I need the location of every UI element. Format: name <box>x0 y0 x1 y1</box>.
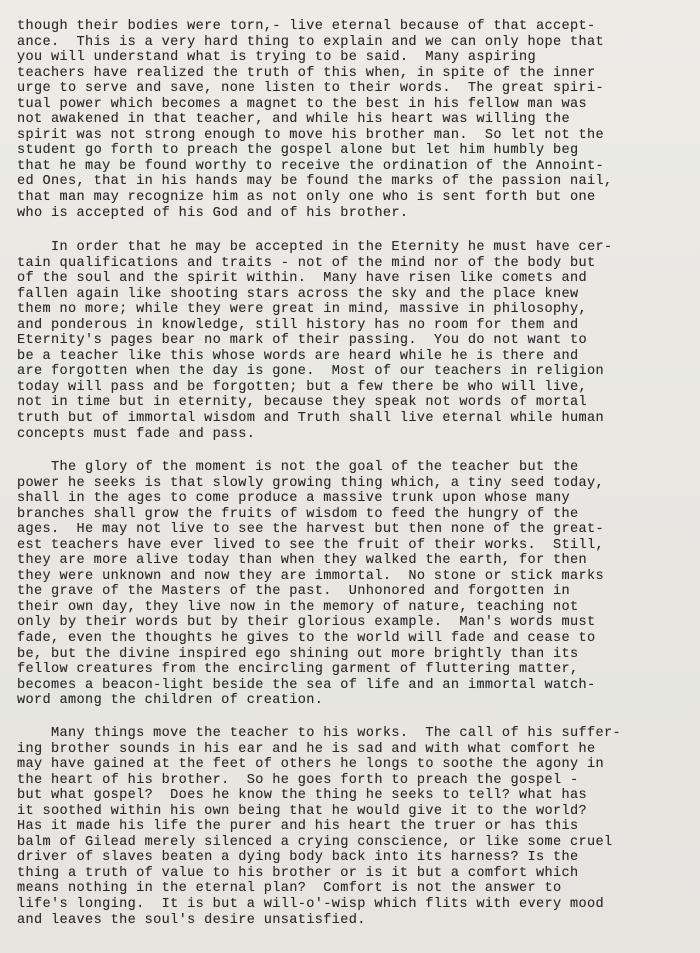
text-line: you will understand what is trying to be… <box>17 50 697 66</box>
text-line: balm of Gilead merely silenced a crying … <box>17 835 697 851</box>
text-line: student go forth to preach the gospel al… <box>17 143 697 159</box>
text-line: means nothing in the eternal plan? Comfo… <box>17 881 697 897</box>
text-line: may have gained at the feet of others he… <box>17 757 697 773</box>
text-line: and leaves the soul's desire unsatisfied… <box>17 913 697 929</box>
paragraph-2: In order that he may be accepted in the … <box>17 240 697 442</box>
text-line: thing a truth of value to his brother or… <box>17 866 697 882</box>
text-line: urge to serve and save, none listen to t… <box>17 81 697 97</box>
text-line: their own day, they live now in the memo… <box>17 600 697 616</box>
text-line: not in time but in eternity, because the… <box>17 395 697 411</box>
text-line: fellow creatures from the encircling gar… <box>17 662 697 678</box>
text-line: fallen again like shooting stars across … <box>17 287 697 303</box>
text-line: Eternity's pages bear no mark of their p… <box>17 333 697 349</box>
text-line: them no more; while they were great in m… <box>17 302 697 318</box>
text-line: In order that he may be accepted in the … <box>17 240 697 256</box>
text-line: that man may recognize him as not only o… <box>17 190 697 206</box>
text-line: becomes a beacon-light beside the sea of… <box>17 678 697 694</box>
text-line: the heart of his brother. So he goes for… <box>17 773 697 789</box>
text-line: they are more alive today than when they… <box>17 553 697 569</box>
text-line: power he seeks is that slowly growing th… <box>17 476 697 492</box>
text-line: that he may be found worthy to receive t… <box>17 159 697 175</box>
text-line: be a teacher like this whose words are h… <box>17 349 697 365</box>
text-line: though their bodies were torn,- live ete… <box>17 19 697 35</box>
text-line: teachers have realized the truth of this… <box>17 66 697 82</box>
text-line: ance. This is a very hard thing to expla… <box>17 35 697 51</box>
text-line: are forgotten when the day is gone. Most… <box>17 364 697 380</box>
text-line: est teachers have ever lived to see the … <box>17 538 697 554</box>
text-line: ages. He may not live to see the harvest… <box>17 522 697 538</box>
text-line: tual power which becomes a magnet to the… <box>17 97 697 113</box>
text-line: only by their words but by their gloriou… <box>17 615 697 631</box>
paragraph-3: The glory of the moment is not the goal … <box>17 460 697 709</box>
text-line: fade, even the thoughts he gives to the … <box>17 631 697 647</box>
text-line: it soothed within his own being that he … <box>17 804 697 820</box>
text-line: life's longing. It is but a will-o'-wisp… <box>17 897 697 913</box>
text-line: driver of slaves beaten a dying body bac… <box>17 850 697 866</box>
text-line: they were unknown and now they are immor… <box>17 569 697 585</box>
text-line: and ponderous in knowledge, still histor… <box>17 318 697 334</box>
text-line: The glory of the moment is not the goal … <box>17 460 697 476</box>
paragraph-4: Many things move the teacher to his work… <box>17 726 697 928</box>
paragraph-1: though their bodies were torn,- live ete… <box>17 19 697 221</box>
text-line: who is accepted of his God and of his br… <box>17 206 697 222</box>
text-line: concepts must fade and pass. <box>17 427 697 443</box>
text-line: but what gospel? Does he know the thing … <box>17 788 697 804</box>
text-line: truth but of immortal wisdom and Truth s… <box>17 411 697 427</box>
text-line: be, but the divine inspired ego shining … <box>17 647 697 663</box>
text-line: of the soul and the spirit within. Many … <box>17 271 697 287</box>
text-line: not awakened in that teacher, and while … <box>17 112 697 128</box>
text-line: Has it made his life the purer and his h… <box>17 819 697 835</box>
text-line: tain qualifications and traits - not of … <box>17 256 697 272</box>
text-line: ed Ones, that in his hands may be found … <box>17 174 697 190</box>
text-line: spirit was not strong enough to move his… <box>17 128 697 144</box>
text-line: today will pass and be forgotten; but a … <box>17 380 697 396</box>
text-line: branches shall grow the fruits of wisdom… <box>17 507 697 523</box>
text-line: shall in the ages to come produce a mass… <box>17 491 697 507</box>
typewritten-page: though their bodies were torn,- live ete… <box>0 0 700 953</box>
text-line: Many things move the teacher to his work… <box>17 726 697 742</box>
text-line: the grave of the Masters of the past. Un… <box>17 584 697 600</box>
text-line: ing brother sounds in his ear and he is … <box>17 742 697 758</box>
text-line: word among the children of creation. <box>17 693 697 709</box>
